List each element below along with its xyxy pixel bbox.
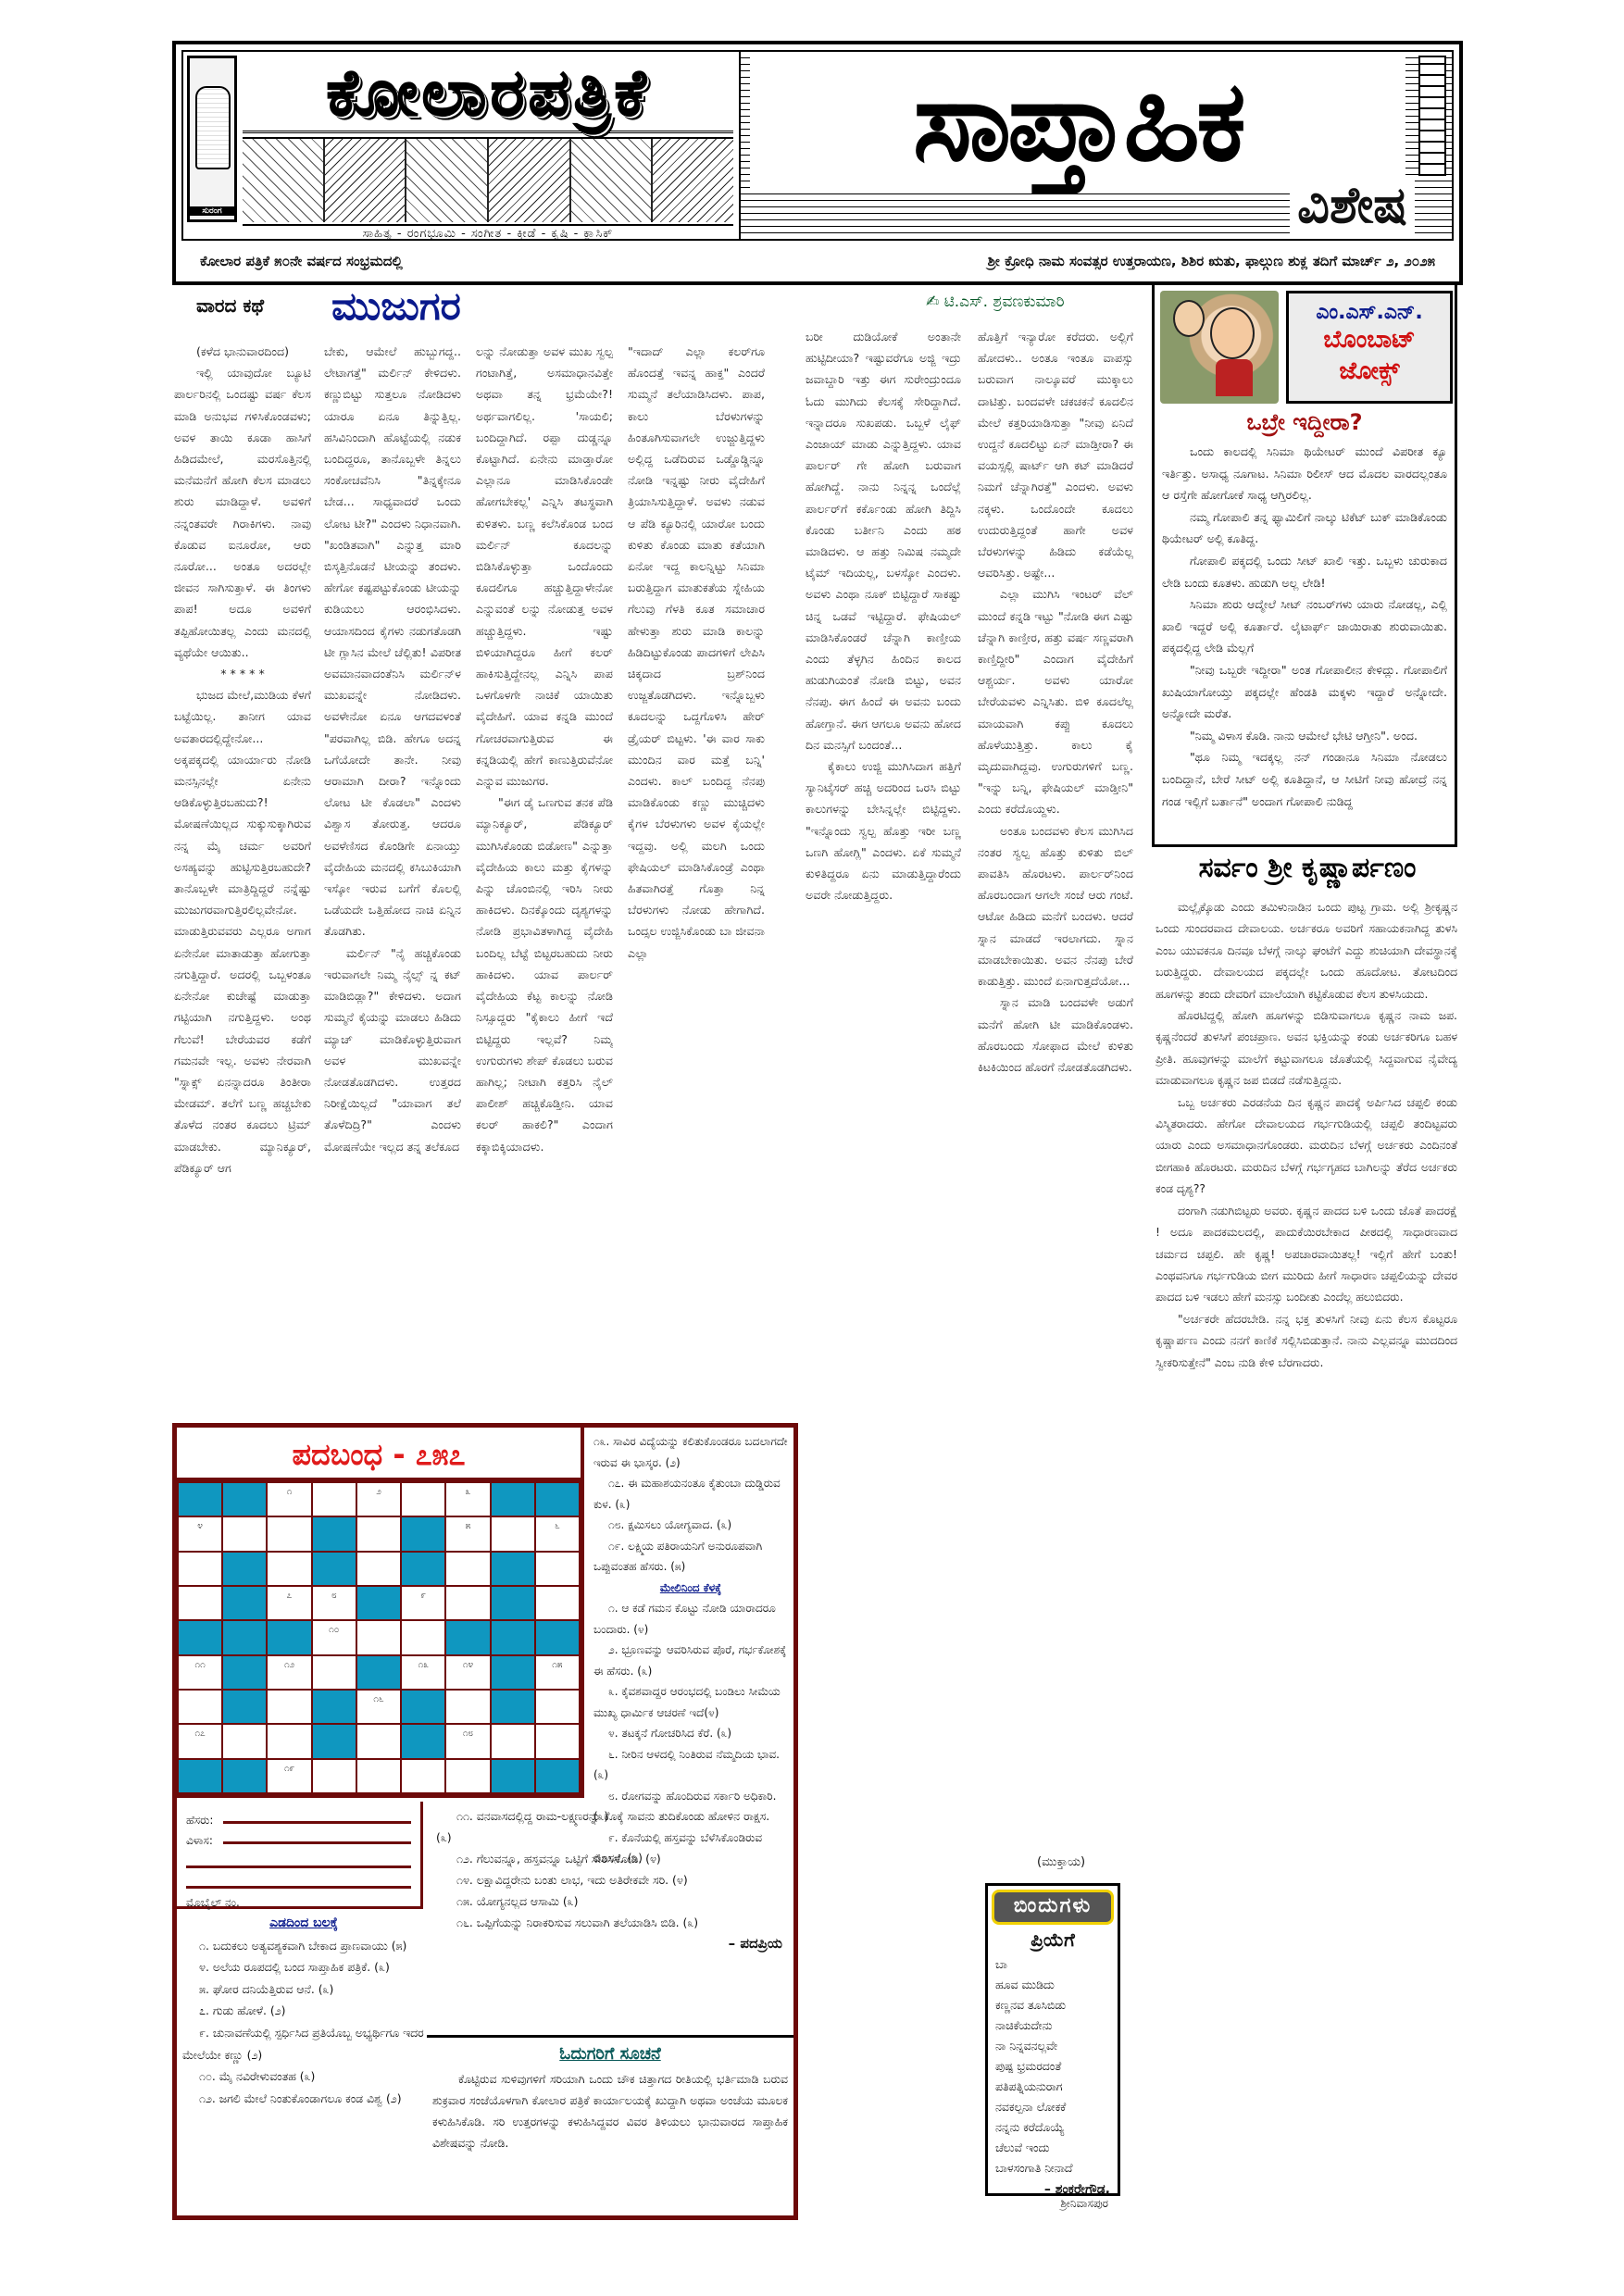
poem-line: ಕಣ್ಣನವ ತೂಸಿಬಿಡು — [995, 1995, 1110, 2015]
joke-box: ಎಂ.ಎಸ್.ಎನ್. ಬೊಂಬಾಟ್ ಜೋಕ್ಸ್ ಒಬ್ರೇ ಇದ್ದೀರಾ… — [1152, 282, 1457, 847]
masthead-banner: ಸುರಂಗ ಕೋಲಾರಪತ್ರಿಕೆ ಸಾಹಿತ್ಯ - ರಂಗಭೂಮಿ - ಸ… — [181, 50, 1454, 241]
crossword-title: ಪದಬಂಧ - ೭೫೭ — [177, 1428, 581, 1481]
author-name: ಟಿ.ಎಸ್. ಶ್ರವಣಕುಮಾರಿ — [944, 293, 1065, 311]
clue-number: ೬ — [536, 1521, 579, 1531]
reader-notice-heading: ಓದುಗರಿಗೆ ಸೂಚನೆ — [432, 2043, 788, 2065]
date-line: ಶ್ರೀ ಕ್ರೋಧಿ ನಾಮ ಸಂವತ್ಸರ ಉತ್ತರಾಯಣ, ಶಿಶಿರ … — [988, 253, 1435, 269]
across-heading: ಎಡದಿಂದ ಬಲಕ್ಕೆ — [182, 1913, 425, 1935]
masthead: ಸುರಂಗ ಕೋಲಾರಪತ್ರಿಕೆ ಸಾಹಿತ್ಯ - ರಂಗಭೂಮಿ - ಸ… — [172, 41, 1463, 285]
logo-caption: ಸುರಂಗ — [190, 206, 234, 216]
story-paragraph: ಮರ್ಲಿನ್ "ನೈ ಹಚ್ಚಿಕೊಂಡು ಇರುವಾಗಲೇ ನಿಮ್ಮ ನೈ… — [324, 942, 461, 1157]
crossword-cell[interactable] — [313, 1656, 356, 1689]
crossword-block-cell — [268, 1621, 310, 1653]
address-field-line[interactable] — [186, 1848, 411, 1868]
joke-heading: ಒಬ್ರೇ ಇದ್ದೀರಾ? — [1155, 409, 1455, 435]
article-paragraph: ಒಬ್ಬ ಅರ್ಚಕರು ಎರಡನೆಯ ದಿನ ಕೃಷ್ಣನ ಪಾದಕ್ಕೆ ಅ… — [1156, 1092, 1457, 1200]
farming-icon — [571, 139, 654, 222]
clue: ೩. ಕೈವಶವಾದ್ದರ ಆರಂಭದಲ್ಲಿ ಬಂಡಿಲು ಸೀಮೆಯ ಮುಖ… — [593, 1681, 788, 1723]
crossword-block-cell — [223, 1760, 266, 1792]
story-paragraph: ಬರೀ ದುಡಿಯೋಕೆ ಅಂತಾನೇ ಹುಟ್ಟಿದೀಯಾ? ಇಷ್ಟುವರೆ… — [806, 326, 961, 755]
story-paragraph: ಸ್ನಾನ ಮಾಡಿ ಬಂದವಳೇ ಅಡುಗೆ ಮನೆಗೆ ಹೋಗಿ ಟೀ ಮಾ… — [978, 992, 1133, 1078]
crossword-cell[interactable]: ೧೯ — [268, 1760, 310, 1792]
clue-number: ೧ — [268, 1487, 310, 1497]
clue: ೧೨. ಜಗಲಿ ಮೇಲೆ ನಿಂತುಕೊಂಡಾಗಲೂ ಕಂಡ ವಿಶ್ವ (೨… — [182, 2088, 425, 2110]
crossword-cell[interactable]: ೫ — [446, 1517, 489, 1550]
clue: ೧೫. ಯೋಗ್ಯನಲ್ಲದ ಆಸಾಮಿ (೩) — [436, 1890, 788, 1912]
crossword-cell[interactable]: ೧ — [268, 1483, 310, 1516]
clues-down-continued: ೧೧. ವನವಾಸದಲ್ಲಿದ್ದ ರಾಮ-ಲಕ್ಷ್ಮಣರನ್ನು ಕೊಕ್ಕ… — [431, 1802, 793, 1958]
poem-line: ನಾಚಿಕೆಯದೇನು — [995, 2015, 1110, 2036]
supplement-title-main: ಸಾಪ್ತಾಹಿಕ — [750, 52, 1405, 191]
section-kicker: ವಾರದ ಕಥೆ — [196, 294, 264, 317]
puzzle-signature: – ಪದಪ್ರಿಯ — [436, 1933, 788, 1954]
crossword-cell[interactable] — [402, 1483, 444, 1516]
clue: ೧೩. ಸಾವಿರ ವಿದ್ಯೆಯನ್ನು ಕಲಿತುಕೊಂಡರೂ ಬದಲಾಗದ… — [593, 1431, 788, 1473]
crossword-cell[interactable] — [179, 1553, 221, 1585]
crossword-cell[interactable] — [402, 1760, 444, 1792]
clue-number: ೧೩ — [402, 1660, 444, 1670]
caricature-face-icon — [1173, 300, 1205, 337]
crossword-cell[interactable] — [313, 1483, 356, 1516]
crossword-block-cell — [536, 1760, 579, 1792]
clue-number: ೧೨ — [268, 1660, 310, 1670]
crossword-cell[interactable] — [446, 1587, 489, 1619]
poem-box: ಬಿಂದುಗಳು ಪ್ರಿಯೆಗೆ ಬಾಹೂವ ಮುಡಿದುಕಣ್ಣನವ ತೂಸ… — [985, 1883, 1120, 2196]
address-field[interactable] — [223, 1841, 411, 1844]
elephant-logo-icon: ಸುರಂಗ — [187, 56, 237, 222]
story-paragraph: ಎಲ್ಲಾ ಮುಗಿಸಿ ಇಂಟರ್ ವೆಲ್ ಮುಂದೆ ಕನ್ನಡಿ ಇಟ್… — [978, 583, 1133, 819]
caricature-body-icon — [1216, 359, 1253, 396]
supplement-title: ಸಾಪ್ತಾಹಿಕ ವಿಶೇಷ — [739, 52, 1452, 239]
poem-title: ಪ್ರಿಯೆಗೆ — [988, 1928, 1118, 1951]
decorative-border-icon — [1418, 56, 1446, 176]
crossword-cell[interactable] — [268, 1691, 310, 1723]
clue: ೬. ನೀರಿನ ಆಳದಲ್ಲಿ ನಿಂತಿರುವ ನೆಮ್ಮದಿಯ ಭಾವ. … — [593, 1744, 788, 1786]
story-column-2: ಬೇಕು, ಆಮೇಲೆ ಹುಬ್ಬುಗದ್ದ.. ಲೇಟಾಗತ್ತೆ" ಮರ್ಲ… — [324, 341, 461, 1313]
story-paragraph: "ಈಗ ಡೈ ಒಣಗುವ ತನಕ ಪೆಡಿ ಮ್ಯಾನಿಕ್ಯೂರ್, ಪೆಡಿ… — [476, 792, 613, 1156]
clue-number: ೭ — [268, 1591, 310, 1601]
crossword-cell[interactable] — [268, 1553, 310, 1585]
article-body: ಮಲ್ಲೈಕ್ಕೊಡು ಎಂದು ತಮಿಳುನಾಡಿನ ಒಂದು ಪುಟ್ಟ ಗ… — [1156, 896, 1457, 2202]
crossword-block-cell — [223, 1587, 266, 1619]
newspaper-title: ಕೋಲಾರಪತ್ರಿಕೆ — [243, 56, 733, 133]
elephant-icon — [195, 86, 231, 169]
poem-line: ಪತಿಪತ್ನಿಯನುರಾಗ — [995, 2077, 1110, 2097]
poem-author: – ಶಂಕರೇಗೌಡ, — [988, 2182, 1118, 2197]
crossword-cell[interactable]: ೧೪ — [446, 1656, 489, 1689]
crossword-cell[interactable]: ೮ — [313, 1587, 356, 1619]
crossword-block-cell — [357, 1656, 400, 1689]
poem-line: ಬಾ — [995, 1954, 1110, 1975]
clue: ೨. ಭ್ರೂಣವನ್ನು ಆವರಿಸಿರುವ ಪೊರೆ, ಗರ್ಭಕೋಶಕ್ಕ… — [593, 1640, 788, 1681]
reader-notice-text: ಕೊಟ್ಟಿರುವ ಸುಳಿವುಗಳಿಗೆ ಸರಿಯಾಗಿ ಒಂದು ಚೌಕ ಚ… — [432, 2068, 788, 2153]
clue: ೧೬. ಒಪ್ಪಿಗೆಯನ್ನು ನಿರಾಕರಿಸುವ ಸಲುವಾಗಿ ತಲೆಯ… — [436, 1912, 788, 1933]
joke-paragraph: "ನೀವು ಒಬ್ಬರೇ ಇದ್ದೀರಾ" ಅಂತ ಗೋಪಾಲೀನ ಕೇಳಿದ್… — [1162, 659, 1447, 725]
poem-lines: ಬಾಹೂವ ಮುಡಿದುಕಣ್ಣನವ ತೂಸಿಬಿಡುನಾಚಿಕೆಯದೇನುನಾ… — [988, 1951, 1118, 2182]
clue: ೪. ತಟಕ್ಕನೆ ಗೋಚರಿಸಿದ ಕೆರೆ. (೩) — [593, 1723, 788, 1744]
crossword-block-cell — [179, 1760, 221, 1792]
joke-paragraph: ಗೋಪಾಲಿ ಪಕ್ಕದಲ್ಲಿ ಒಂದು ಸೀಟ್ ಖಾಲಿ ಇತ್ತು. ಒ… — [1162, 550, 1447, 593]
crossword-cell[interactable]: ೪ — [179, 1517, 221, 1550]
clue: ೧೧. ವನವಾಸದಲ್ಲಿದ್ದ ರಾಮ-ಲಕ್ಷ್ಮಣರನ್ನು ಕೊಕ್ಕ… — [436, 1805, 788, 1848]
clue-number: ೧೬ — [357, 1694, 400, 1704]
joke-paragraph: ನಮ್ಮ ಗೋಪಾಲಿ ತನ್ನ ಫ್ಯಾಮಿಲಿಗೆ ನಾಲ್ಕು ಟಿಕೆಟ… — [1162, 506, 1447, 550]
crossword-cell[interactable] — [536, 1553, 579, 1585]
crossword-block-cell — [313, 1553, 356, 1585]
crossword-grid[interactable]: ೧೨೩೪೫೬೭೮೯೧೦೧೧೧೨೧೩೧೪೧೫೧೬೧೭೧೮೧೯ — [177, 1481, 581, 1794]
article-paragraph: ಮಲ್ಲೈಕ್ಕೊಡು ಎಂದು ತಮಿಳುನಾಡಿನ ಒಂದು ಪುಟ್ಟ ಗ… — [1156, 896, 1457, 1004]
clue-number: ೩ — [446, 1487, 489, 1497]
crossword-block-cell — [223, 1621, 266, 1653]
football-icon — [653, 139, 733, 222]
crossword-cell[interactable]: ೯ — [402, 1587, 444, 1619]
story-paragraph: ಕೈಕಾಲು ಉಜ್ಜಿ ಮುಗಿಸಿದಾಗ ಹತ್ತಿಗೆ ಸ್ಯಾನಿಟೈಸ… — [806, 755, 961, 905]
crossword-cell[interactable] — [492, 1517, 534, 1550]
crossword-cell[interactable]: ೩ — [446, 1483, 489, 1516]
byline: ✍ ಟಿ.ಎಸ್. ಶ್ರವಣಕುಮಾರಿ — [926, 293, 1065, 311]
crossword-block-cell — [492, 1621, 534, 1653]
entry-coupon: ಹೆಸರು: ವಿಳಾಸ: ಮೊಬೈಲ್ ನಂ. — [177, 1802, 423, 1909]
section-separator: * * * * * — [174, 663, 311, 684]
music-instrument-icon — [406, 139, 489, 222]
poem-section-label: ಬಿಂದುಗಳು — [992, 1890, 1114, 1925]
crossword-cell[interactable] — [536, 1725, 579, 1757]
crossword-block-cell — [402, 1691, 444, 1723]
crossword-block-cell — [536, 1621, 579, 1653]
story-paragraph: ಅಂತೂ ಬಂದವಳು ಕೆಲಸ ಮುಗಿಸಿದ ನಂತರ ಸ್ವಲ್ಪ ಹೊತ… — [978, 820, 1133, 992]
mobile-label: ಮೊಬೈಲ್ ನಂ. — [186, 1896, 411, 1910]
crossword-block-cell — [179, 1483, 221, 1516]
crossword-block-cell — [492, 1553, 534, 1585]
joke-column-label: ಎಂ.ಎಸ್.ಎನ್. ಬೊಂಬಾಟ್ ಜೋಕ್ಸ್ — [1286, 291, 1453, 404]
crossword-cell[interactable]: ೨ — [357, 1483, 400, 1516]
crossword-cell[interactable]: ೧೩ — [402, 1656, 444, 1689]
clue: ೧೨. ಗೆಲುವನ್ನೂ, ಹಸ್ತವನ್ನೂ ಒಟ್ಟಿಗೆ ಸೇರಿಸಿನ… — [436, 1848, 788, 1869]
name-field[interactable] — [223, 1821, 411, 1824]
crossword-block-cell — [313, 1691, 356, 1723]
crossword-block-cell — [536, 1483, 579, 1516]
poem-place: ಶ್ರೀನಿವಾಸಪುರ — [988, 2197, 1118, 2211]
anniversary-text: ಕೋಲಾರ ಪತ್ರಿಕೆ ೫೦ನೇ ವರ್ಷದ ಸಂಭ್ರಮದಲ್ಲಿ — [200, 253, 403, 269]
crossword-block-cell — [179, 1621, 221, 1653]
story-column-1: (ಕಳೆದ ಭಾನುವಾರದಿಂದ) ಇಲ್ಲಿ ಯಾವುದೋ ಬ್ಯೂಟಿ ಪ… — [174, 341, 311, 1313]
pen-icon: ✍ — [926, 293, 939, 311]
crossword-cell[interactable] — [536, 1691, 579, 1723]
article-paragraph: ಹೊರಟಿದ್ದಲ್ಲಿ ಹೋಗಿ ಹೂಗಳನ್ನು ಬಿಡಿಸುವಾಗಲೂ ಕ… — [1156, 1004, 1457, 1092]
crossword-cell[interactable] — [179, 1587, 221, 1619]
crossword-cell[interactable] — [223, 1725, 266, 1757]
clue: ೫. ಘೋರ ದನಿಯೆತ್ತಿರುವ ಆನೆ. (೩) — [182, 1978, 425, 2001]
name-label: ಹೆಸರು: — [186, 1814, 223, 1828]
article-title: ಸರ್ವಂ ಶ್ರೀ ಕೃಷ್ಣಾರ್ಪಣಂ — [1157, 852, 1457, 884]
joke-paragraph: ಸಿನಿಮಾ ಶುರು ಆದ್ಮೇಲೆ ಸೀಟ್ ನಂಬರ್‌ಗಳು ಯಾರು … — [1162, 593, 1447, 659]
clue: ೧೮. ಕ್ಷಮಿಸಲು ಯೋಗ್ಯವಾದ. (೩) — [593, 1515, 788, 1536]
crossword-block-cell — [402, 1517, 444, 1550]
clue-number: ೧೦ — [313, 1625, 356, 1635]
clue-number: ೧೭ — [179, 1728, 221, 1739]
joke-label-line: ಬೊಂಬಾಟ್ — [1289, 324, 1450, 356]
crossword-cell[interactable] — [313, 1760, 356, 1792]
reader-notice: ಓದುಗರಿಗೆ ಸೂಚನೆ ಕೊಟ್ಟಿರುವ ಸುಳಿವುಗಳಿಗೆ ಸರಿ… — [427, 2035, 793, 2159]
poem-line: ಬಾಳಸಂಗಾತಿ ನೀನಾದೆ — [995, 2158, 1110, 2178]
story-title: ಮುಜುಗರ — [331, 283, 461, 330]
caricature-image — [1160, 291, 1279, 404]
clue: ೭. ಗುಡು ಹೋಳೆ. (೨) — [182, 2000, 425, 2022]
down-heading: ಮೇಲಿನಿಂದ ಕೆಳಕ್ಕೆ — [593, 1578, 788, 1599]
crossword-puzzle: ಪದಬಂಧ - ೭೫೭ ೧೨೩೪೫೬೭೮೯೧೦೧೧೧೨೧೩೧೪೧೫೧೬೧೭೧೮೧… — [177, 1428, 584, 1798]
clue: ೧೭. ಈ ಮಹಾಶಯನಂತೂ ಕೈತುಂಬಾ ದುಡ್ಡಿರುವ ಕುಳ. (… — [593, 1473, 788, 1515]
crossword-cell[interactable] — [268, 1725, 310, 1757]
crossword-cell[interactable]: ೧೬ — [357, 1691, 400, 1723]
crossword-cell[interactable]: ೧೧ — [179, 1656, 221, 1689]
clue: ೪. ಅಲೆಯ ರೂಪದಲ್ಲಿ ಬಂದ ಸಾಪ್ತಾಹಿಕ ಪತ್ರಿಕೆ. … — [182, 1956, 425, 1978]
crossword-block-cell — [492, 1691, 534, 1723]
story-column-3: ಲನ್ನು ನೋಡುತ್ತಾ ಅವಳ ಮುಖ ಸ್ವಲ್ಪ ಗಂಟಾಗಿತ್ತೆ… — [476, 341, 613, 1313]
poem-line: ನವಕಲ್ಪನಾ ಲೋಕಕೆ — [995, 2097, 1110, 2117]
crossword-cell[interactable]: ೧೮ — [446, 1725, 489, 1757]
crossword-cell[interactable] — [357, 1517, 400, 1550]
clue-number: ೧೯ — [268, 1764, 310, 1774]
crossword-cell[interactable] — [357, 1553, 400, 1585]
crossword-cell[interactable] — [446, 1760, 489, 1792]
crossword-cell[interactable] — [223, 1517, 266, 1550]
crossword-block-cell — [492, 1656, 534, 1689]
crossword-section: ಪದಬಂಧ - ೭೫೭ ೧೨೩೪೫೬೭೮೯೧೦೧೧೧೨೧೩೧೪೧೫೧೬೧೭೧೮೧… — [172, 1423, 798, 2220]
clue: ೧೦. ಮೈ ನವಿರೇಳುವಂತಹ (೩) — [182, 2065, 425, 2088]
joke-label-line: ಜೋಕ್ಸ್ — [1289, 356, 1450, 387]
supplement-title-sub: ವಿಶೇಷ — [1290, 175, 1415, 235]
article-paragraph: ದಂಗಾಗಿ ನಡುಗಿಬಿಟ್ಟರು ಅವರು. ಕೃಷ್ಣನ ಪಾದದ ಬಳ… — [1156, 1200, 1457, 1308]
tennis-racket-icon — [489, 139, 571, 222]
story-paragraph: "ಇದಾದ್ ಎಲ್ಲಾ ಕಲರ್‌ಗೂ ಹೊಂದತ್ತೆ ಇವನ್ನ ಹಾಕ್… — [628, 341, 765, 964]
crossword-block-cell — [402, 1553, 444, 1585]
clues-across: ಎಡದಿಂದ ಬಲಕ್ಕೆ ೧. ಬದುಕಲು ಅತ್ಯವಶ್ಯಕವಾಗಿ ಬೇ… — [182, 1913, 425, 2109]
crossword-cell[interactable] — [179, 1691, 221, 1723]
crossword-block-cell — [492, 1760, 534, 1792]
clue-number: ೧೪ — [446, 1660, 489, 1670]
arts-illustration-strip — [243, 137, 733, 222]
crossword-block-cell — [492, 1483, 534, 1516]
crossword-block-cell — [492, 1587, 534, 1619]
crossword-cell[interactable] — [492, 1725, 534, 1757]
clue-number: ೧೮ — [446, 1728, 489, 1739]
crossword-cell[interactable] — [357, 1621, 400, 1653]
crossword-block-cell — [402, 1725, 444, 1757]
poem-line: ಹೂವ ಮುಡಿದು — [995, 1975, 1110, 1995]
joke-author: ಎಂ.ಎಸ್.ಎನ್. — [1289, 301, 1450, 324]
clue-number: ೫ — [446, 1521, 489, 1531]
story-paragraph: (ಕಳೆದ ಭಾನುವಾರದಿಂದ) — [174, 341, 311, 362]
poem-line: ನನ್ನನು ಕರೆದೊಯ್ಯೆ — [995, 2117, 1110, 2138]
clue: ೯. ಚುನಾವಣೆಯಲ್ಲಿ ಸ್ಪರ್ಧಿಸಿದ ಪ್ರತಿಯೊಬ್ಬ ಅಭ… — [182, 2022, 425, 2065]
joke-body: ಒಂದು ಕಾಲದಲ್ಲಿ ಸಿನಿಮಾ ಥಿಯೇಟರ್ ಮುಂದೆ ವಿಪರೀ… — [1162, 441, 1447, 812]
crossword-block-cell — [223, 1656, 266, 1689]
crossword-block-cell — [223, 1691, 266, 1723]
caricature-face-icon — [1210, 307, 1255, 359]
clue-number: ೪ — [179, 1521, 221, 1531]
address-label: ವಿಳಾಸ: — [186, 1834, 223, 1848]
crossword-cell[interactable] — [536, 1587, 579, 1619]
crossword-cell[interactable] — [402, 1621, 444, 1653]
story-paragraph: ಹೊತ್ತಿಗೆ ಇನ್ಯಾರೋ ಕರೆದರು. ಅಲ್ಲಿಗೆ ಹೋದಳು..… — [978, 326, 1133, 583]
joke-paragraph: ಒಂದು ಕಾಲದಲ್ಲಿ ಸಿನಿಮಾ ಥಿಯೇಟರ್ ಮುಂದೆ ವಿಪರೀ… — [1162, 441, 1447, 506]
crossword-cell[interactable]: ೧೦ — [313, 1621, 356, 1653]
poem-line: ಚೆಲುವೆ ಇಂದು — [995, 2138, 1110, 2158]
theatre-masks-icon — [325, 139, 407, 222]
clue-number: ೯ — [402, 1591, 444, 1601]
story-paragraph: ಇಲ್ಲಿ ಯಾವುದೋ ಬ್ಯೂಟಿ ಪಾರ್ಲರಿನಲ್ಲಿ ಒಂದಷ್ಟು… — [174, 362, 311, 663]
clue-number: ೮ — [313, 1591, 356, 1601]
crossword-cell[interactable] — [446, 1553, 489, 1585]
crossword-block-cell — [446, 1621, 489, 1653]
crossword-cell[interactable]: ೬ — [536, 1517, 579, 1550]
story-paragraph: ಬೇಕು, ಆಮೇಲೆ ಹುಬ್ಬುಗದ್ದ.. ಲೇಟಾಗತ್ತೆ" ಮರ್ಲ… — [324, 341, 461, 942]
crossword-cell[interactable] — [357, 1760, 400, 1792]
article-paragraph: "ಅರ್ಚಕರೇ ಹೆದರಬೇಡಿ. ನನ್ನ ಭಕ್ತ ತುಳಸಿಗೆ ನೀವ… — [1156, 1308, 1457, 1373]
address-field-line[interactable] — [186, 1868, 411, 1889]
joke-paragraph: "ನಿಮ್ಮ ವಿಳಾಸ ಕೊಡಿ. ನಾನು ಆಮೇಲೆ ಭೇಟಿ ಆಗ್ತೀ… — [1162, 725, 1447, 747]
crossword-cell[interactable] — [268, 1517, 310, 1550]
crossword-block-cell — [357, 1587, 400, 1619]
crossword-cell[interactable]: ೧೨ — [268, 1656, 310, 1689]
crossword-cell[interactable] — [357, 1725, 400, 1757]
clue-number: ೨ — [357, 1487, 400, 1497]
poem-line: ನಾ ನಿನ್ನವನಲ್ಲವೇ — [995, 2036, 1110, 2056]
crossword-block-cell — [313, 1517, 356, 1550]
story-paragraph: ಭುಜದ ಮೇಲೆ,ಮುಡಿಯ ಕೆಳಗೆ ಬಟ್ಟೆಯಿಲ್ಲ. ತಾನೀಗ … — [174, 684, 311, 1179]
masthead-info-bar: ಕೋಲಾರ ಪತ್ರಿಕೆ ೫೦ನೇ ವರ್ಷದ ಸಂಭ್ರಮದಲ್ಲಿ ಶ್ರ… — [181, 244, 1454, 278]
clue-number: ೧೧ — [179, 1660, 221, 1670]
story-column-4: "ಇದಾದ್ ಎಲ್ಲಾ ಕಲರ್‌ಗೂ ಹೊಂದತ್ತೆ ಇವನ್ನ ಹಾಕ್… — [628, 341, 765, 1313]
crossword-cell[interactable]: ೧೭ — [179, 1725, 221, 1757]
masthead-tagline: ಸಾಹಿತ್ಯ - ರಂಗಭೂಮಿ - ಸಂಗೀತ - ಕ್ರೀಡೆ - ಕೃಷ… — [243, 224, 733, 241]
plant-pot-icon — [243, 139, 325, 222]
crossword-block-cell — [223, 1553, 266, 1585]
story-column-5: ಬರೀ ದುಡಿಯೋಕೆ ಅಂತಾನೇ ಹುಟ್ಟಿದೀಯಾ? ಇಷ್ಟುವರೆ… — [806, 326, 961, 2205]
story-column-6: ಹೊತ್ತಿಗೆ ಇನ್ಯಾರೋ ಕರೆದರು. ಅಲ್ಲಿಗೆ ಹೋದಳು..… — [978, 326, 1133, 1872]
crossword-cell[interactable]: ೭ — [268, 1587, 310, 1619]
crossword-block-cell — [313, 1725, 356, 1757]
crossword-block-cell — [223, 1483, 266, 1516]
clue-number: ೧೫ — [536, 1660, 579, 1670]
poem-line: ಪುಷ್ಪ ಭ್ರಮರದಂತೆ — [995, 2056, 1110, 2077]
story-paragraph: ಲನ್ನು ನೋಡುತ್ತಾ ಅವಳ ಮುಖ ಸ್ವಲ್ಪ ಗಂಟಾಗಿತ್ತೆ… — [476, 341, 613, 792]
clue: ೧೯. ಲಕ್ಷ್ಮಿಯ ಪತಿರಾಯನಿಗೆ ಅನುರೂಪವಾಗಿ ಒಪ್ಪು… — [593, 1536, 788, 1578]
crossword-cell[interactable]: ೧೫ — [536, 1656, 579, 1689]
crossword-cell[interactable] — [446, 1691, 489, 1723]
story-end-marker: (ಮುಕ್ತಾಯ) — [1037, 1855, 1085, 1869]
joke-paragraph: "ಥೂ ನಿಮ್ಮ ಇದಕ್ಕಲ್ಲ ನನ್ ಗಂಡಾನೂ ಸಿನಿಮಾ ನೋಡ… — [1162, 746, 1447, 812]
clue: ೧೪. ಲಕ್ಷಾವಿದ್ದರೇನು ಬಂತು ಲಾಭ, ಇದು ಅತಿರೇಕವ… — [436, 1869, 788, 1890]
clue: ೧. ಆ ಕಡೆ ಗಮನ ಕೊಟ್ಟು ನೋಡಿ ಯಾರಾದರೂ ಬಂದಾರು.… — [593, 1598, 788, 1640]
clue: ೧. ಬದುಕಲು ಅತ್ಯವಶ್ಯಕವಾಗಿ ಬೇಕಾದ ಪ್ರಾಣವಾಯು … — [182, 1935, 425, 1957]
